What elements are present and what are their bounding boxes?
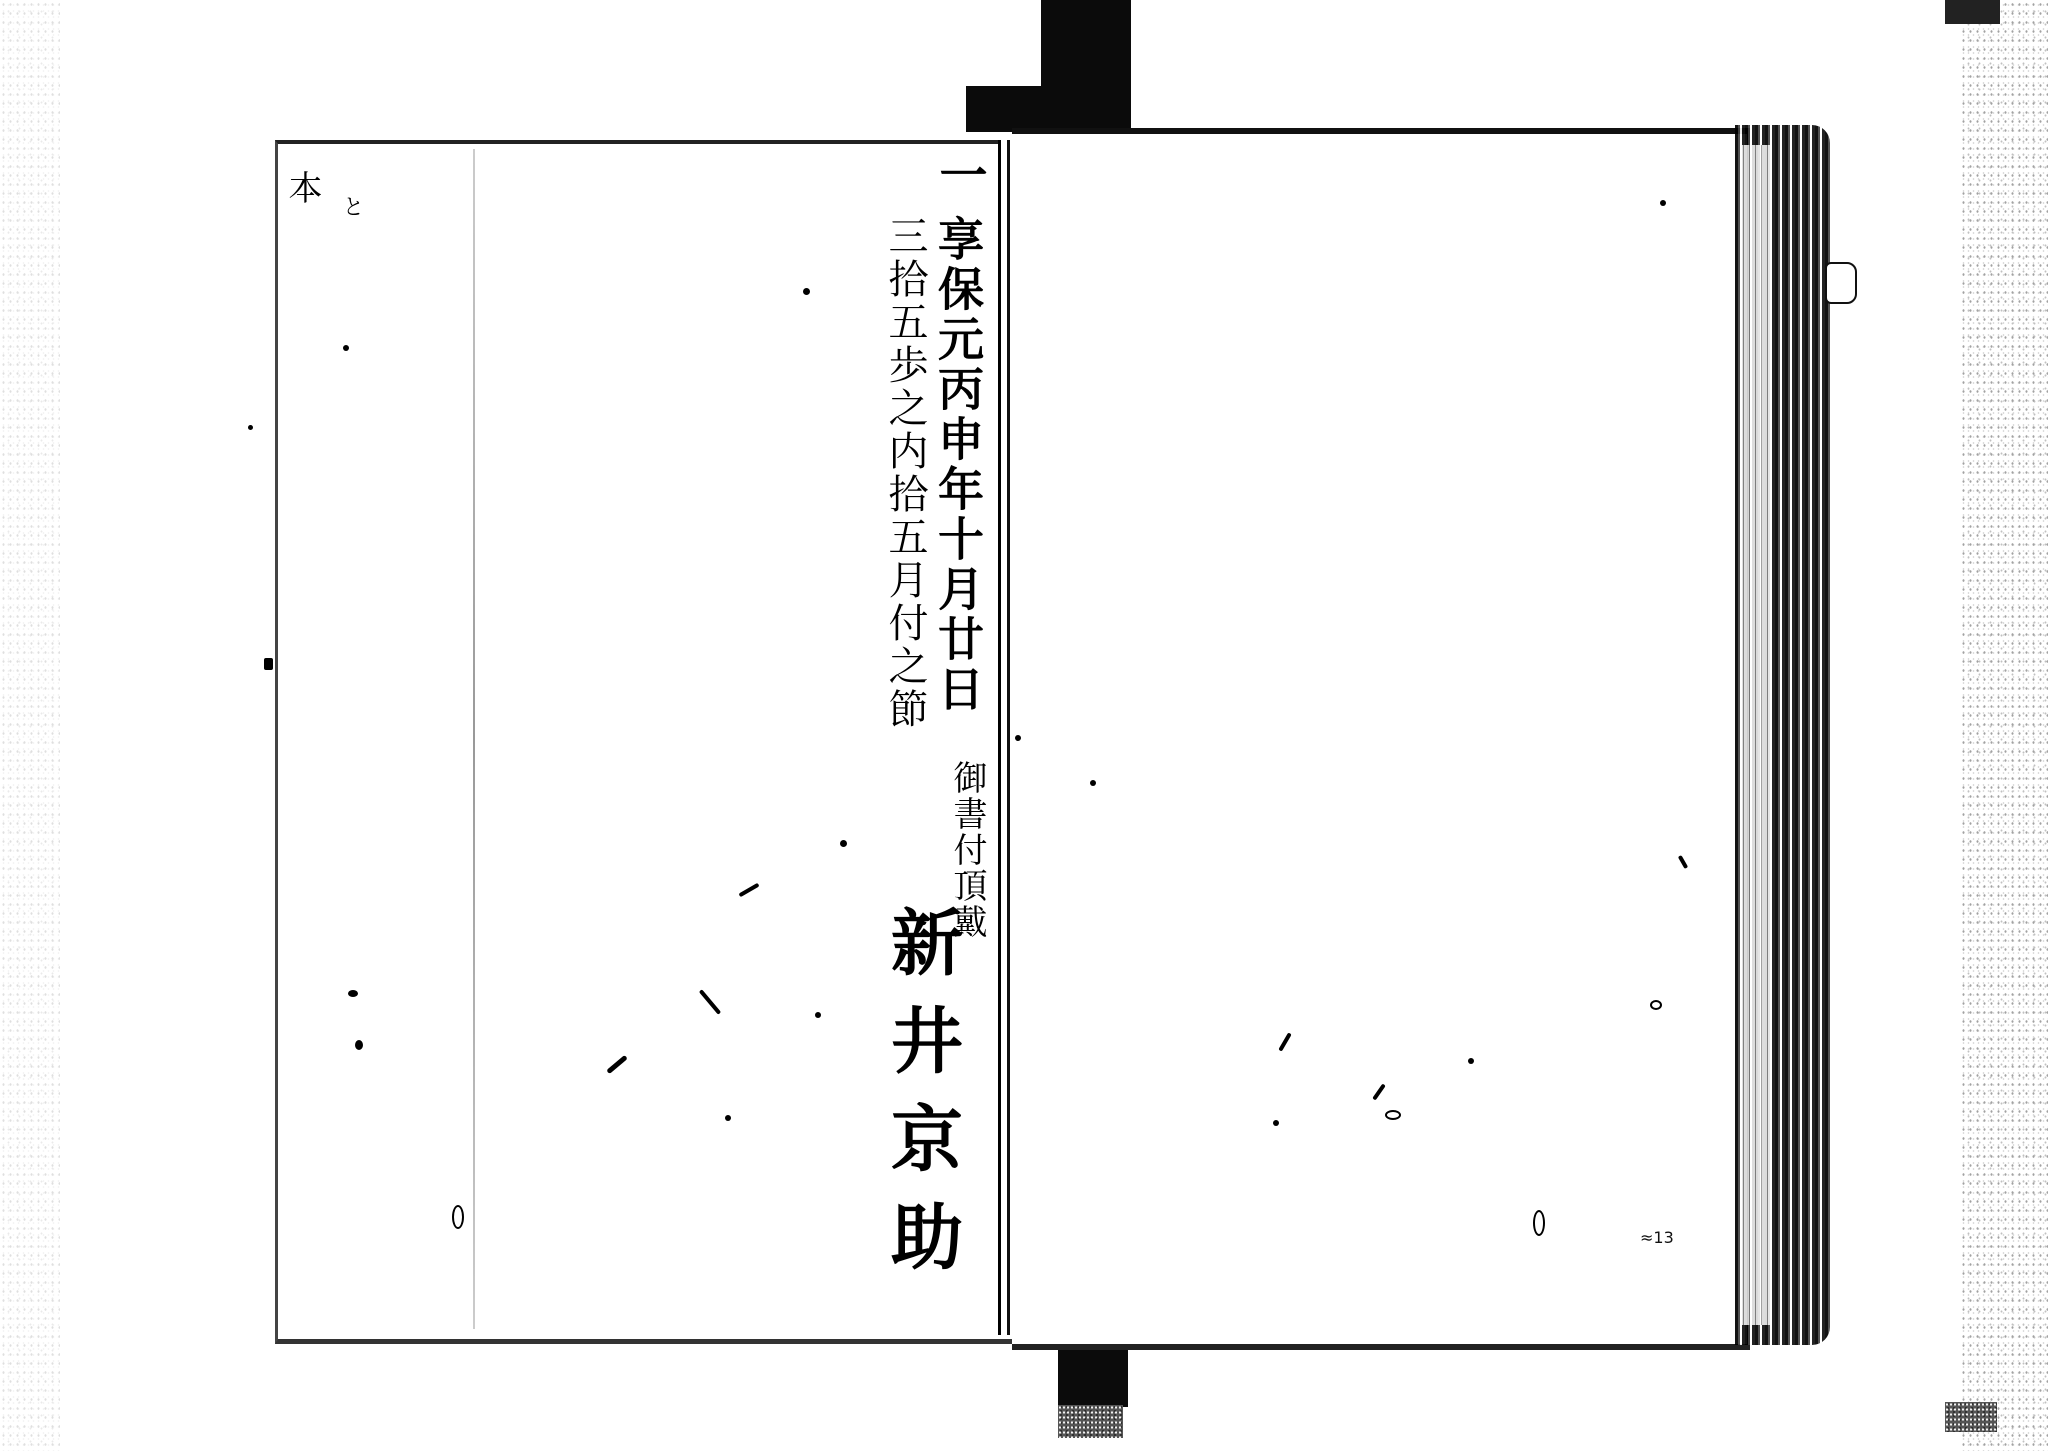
- ink-spot: [1660, 200, 1666, 206]
- ink-spot: [1015, 735, 1021, 741]
- item-marker: 一: [935, 150, 983, 198]
- ink-spot: [248, 425, 253, 430]
- ink-spot: [1090, 780, 1096, 786]
- left-corner-note: 本: [285, 170, 319, 204]
- book-fore-edge: [1735, 125, 1830, 1345]
- ink-ring: [1650, 1000, 1662, 1010]
- ink-ring: [1533, 1210, 1545, 1236]
- ink-spot: [1273, 1120, 1279, 1126]
- signature: 新井京助: [885, 905, 957, 1297]
- ink-spot: [264, 658, 273, 670]
- ink-spot: [840, 840, 847, 847]
- ink-spot: [348, 990, 358, 997]
- scan-corner-top-right: [1945, 0, 2000, 24]
- left-corner-note-small: と: [340, 195, 362, 217]
- ink-spot: [725, 1115, 731, 1121]
- scan-noise-left-band: [0, 0, 60, 1451]
- page-tab-tag: [1825, 262, 1857, 304]
- left-page-fold-line: [473, 149, 475, 1329]
- scan-corner-bottom-right: [1945, 1402, 1997, 1432]
- ink-spot: [343, 345, 349, 351]
- date-column: 享保元丙申年十月廿日: [935, 215, 981, 715]
- right-page: [1012, 128, 1750, 1350]
- ink-ring: [1385, 1110, 1401, 1120]
- ink-spot: [355, 1040, 363, 1050]
- page-edges-highlight: [1741, 145, 1771, 1325]
- book-gutter: [998, 140, 1012, 1335]
- ink-ring: [452, 1205, 464, 1229]
- ink-spot: [1468, 1058, 1474, 1064]
- scan-noise-right-band: [1960, 0, 2048, 1451]
- scan-mask-top-lower: [966, 86, 1131, 132]
- page-stamp: ≈13: [1640, 1228, 1674, 1247]
- ink-spot: [803, 288, 810, 295]
- sub-column: 三拾五歩之内拾五月付之節: [885, 215, 925, 731]
- scan-mask-bottom-fade: [1058, 1405, 1123, 1438]
- scan-mask-top-upper: [1041, 0, 1131, 88]
- ink-spot: [815, 1012, 821, 1018]
